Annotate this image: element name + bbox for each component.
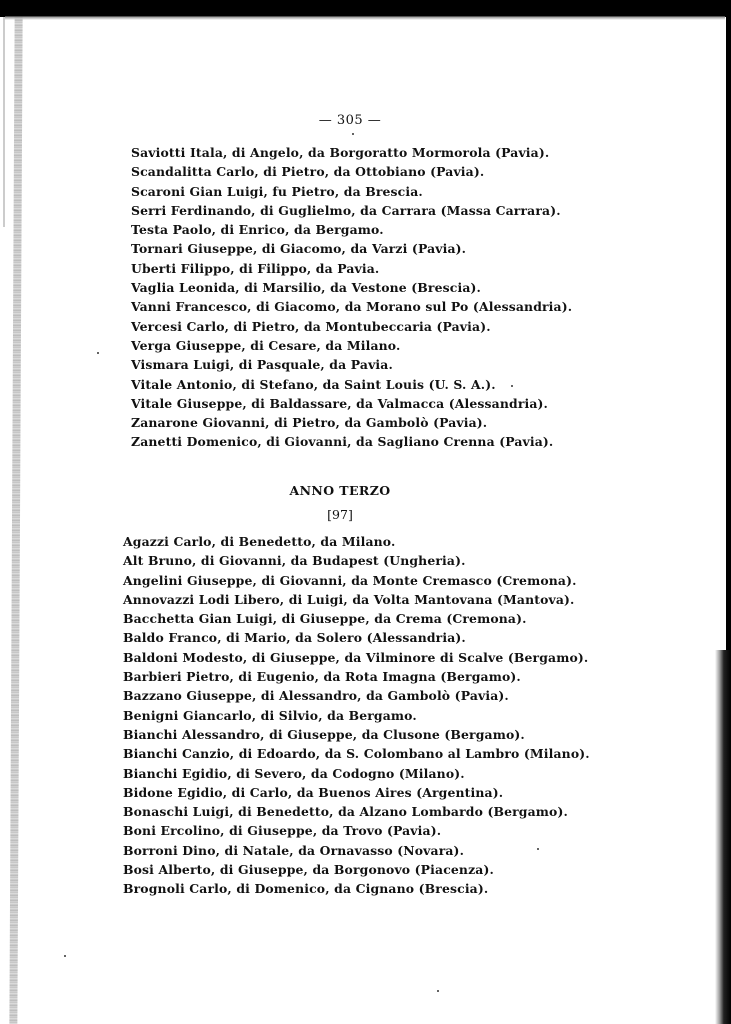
list-item: Bosi Alberto, di Giuseppe, da Borgonovo … bbox=[123, 860, 590, 879]
list-item: Annovazzi Lodi Libero, di Luigi, da Volt… bbox=[123, 590, 590, 609]
list-item: Boni Ercolino, di Giuseppe, da Trovo (Pa… bbox=[123, 821, 590, 840]
list-item: Bazzano Giuseppe, di Alessandro, da Gamb… bbox=[123, 686, 590, 705]
list-item: Scaroni Gian Luigi, fu Pietro, da Bresci… bbox=[131, 182, 572, 201]
list-item: Agazzi Carlo, di Benedetto, da Milano. bbox=[123, 532, 590, 551]
list-item: Vanni Francesco, di Giacomo, da Morano s… bbox=[131, 297, 572, 316]
scan-speck bbox=[537, 848, 539, 850]
scan-page-edge-top bbox=[5, 16, 725, 20]
list-item: Vitale Giuseppe, di Baldassare, da Valma… bbox=[131, 394, 572, 413]
list-item: Serri Ferdinando, di Guglielmo, da Carra… bbox=[131, 201, 572, 220]
name-list-continued: Saviotti Itala, di Angelo, da Borgoratto… bbox=[131, 143, 572, 452]
list-item: Alt Bruno, di Giovanni, da Budapest (Ung… bbox=[123, 551, 590, 570]
scan-speck bbox=[511, 385, 513, 387]
list-item: Angelini Giuseppe, di Giovanni, da Monte… bbox=[123, 571, 590, 590]
list-item: Brognoli Carlo, di Domenico, da Cignano … bbox=[123, 879, 590, 898]
list-item: Borroni Dino, di Natale, da Ornavasso (N… bbox=[123, 841, 590, 860]
section-count: [97] bbox=[0, 507, 680, 522]
list-item: Bacchetta Gian Luigi, di Giuseppe, da Cr… bbox=[123, 609, 590, 628]
list-item: Bianchi Egidio, di Severo, da Codogno (M… bbox=[123, 764, 590, 783]
name-list-anno-terzo: Agazzi Carlo, di Benedetto, da Milano. A… bbox=[123, 532, 590, 899]
list-item: Vercesi Carlo, di Pietro, da Montubeccar… bbox=[131, 317, 572, 336]
scan-speck bbox=[437, 990, 439, 992]
scan-speck bbox=[97, 352, 99, 354]
scan-right-shadow bbox=[715, 650, 731, 1024]
list-item: Vaglia Leonida, di Marsilio, da Vestone … bbox=[131, 278, 572, 297]
scan-speck bbox=[352, 133, 354, 135]
list-item: Baldoni Modesto, di Giuseppe, da Vilmino… bbox=[123, 648, 590, 667]
list-item: Vitale Antonio, di Stefano, da Saint Lou… bbox=[131, 375, 572, 394]
list-item: Zanarone Giovanni, di Pietro, da Gambolò… bbox=[131, 413, 572, 432]
section-heading: ANNO TERZO bbox=[0, 483, 680, 498]
scan-top-border bbox=[0, 0, 731, 17]
list-item: Barbieri Pietro, di Eugenio, da Rota Ima… bbox=[123, 667, 590, 686]
list-item: Tornari Giuseppe, di Giacomo, da Varzi (… bbox=[131, 239, 572, 258]
list-item: Bidone Egidio, di Carlo, da Buenos Aires… bbox=[123, 783, 590, 802]
page-number: — 305 — bbox=[0, 113, 700, 128]
list-item: Baldo Franco, di Mario, da Solero (Aless… bbox=[123, 628, 590, 647]
list-item: Zanetti Domenico, di Giovanni, da Saglia… bbox=[131, 432, 572, 451]
list-item: Vismara Luigi, di Pasquale, da Pavia. bbox=[131, 355, 572, 374]
list-item: Saviotti Itala, di Angelo, da Borgoratto… bbox=[131, 143, 572, 162]
list-item: Testa Paolo, di Enrico, da Bergamo. bbox=[131, 220, 572, 239]
list-item: Bonaschi Luigi, di Benedetto, da Alzano … bbox=[123, 802, 590, 821]
list-item: Uberti Filippo, di Filippo, da Pavia. bbox=[131, 259, 572, 278]
list-item: Verga Giuseppe, di Cesare, da Milano. bbox=[131, 336, 572, 355]
list-item: Scandalitta Carlo, di Pietro, da Ottobia… bbox=[131, 162, 572, 181]
list-item: Bianchi Canzio, di Edoardo, da S. Colomb… bbox=[123, 744, 590, 763]
list-item: Bianchi Alessandro, di Giuseppe, da Clus… bbox=[123, 725, 590, 744]
scan-speck bbox=[64, 955, 66, 957]
list-item: Benigni Giancarlo, di Silvio, da Bergamo… bbox=[123, 706, 590, 725]
